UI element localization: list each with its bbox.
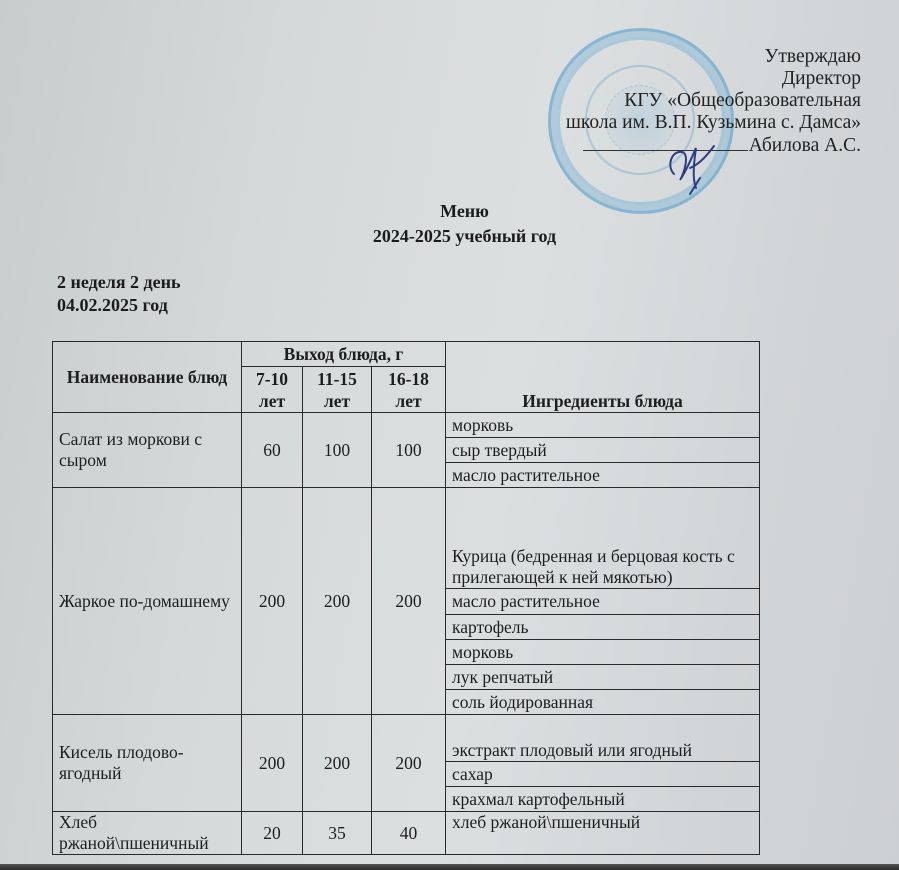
title-menu: Меню xyxy=(30,199,899,224)
signature-icon xyxy=(660,138,720,198)
week-day: 2 неделя 2 день xyxy=(57,271,181,294)
yield-11-15: 200 xyxy=(303,715,372,812)
header-ingredients: Ингредиенты блюда xyxy=(446,342,760,413)
ingredient: экстракт плодовый или ягодный xyxy=(446,715,760,762)
yield-11-15: 35 xyxy=(303,812,372,855)
yield-16-18: 100 xyxy=(372,413,446,488)
approval-organization: КГУ «Общеобразовательная xyxy=(566,90,861,112)
title-school-year: 2024-2025 учебный год xyxy=(30,224,899,249)
yield-7-10: 20 xyxy=(242,812,303,855)
table-row: Хлеб ржаной\пшеничный 20 35 40 хлеб ржан… xyxy=(53,812,760,855)
desk-edge xyxy=(0,864,899,870)
ingredient: сахар xyxy=(446,762,760,787)
table-row: Салат из моркови с сыром 60 100 100 морк… xyxy=(53,413,760,438)
signatory-name: Абилова А.С. xyxy=(749,135,861,156)
yield-16-18: 200 xyxy=(372,488,446,715)
menu-document: Утверждаю Директор КГУ «Общеобразователь… xyxy=(0,0,899,870)
ingredient: хлеб ржаной\пшеничный xyxy=(446,812,760,855)
approval-organization-cont: школа им. В.П. Кузьмина с. Дамса» xyxy=(566,112,861,134)
menu-table: Наименование блюд Выход блюда, г Ингреди… xyxy=(52,341,760,855)
ingredient: масло растительное xyxy=(446,589,760,615)
yield-7-10: 200 xyxy=(242,488,303,715)
dish-name: Салат из моркови с сыром xyxy=(53,413,242,488)
schedule-info: 2 неделя 2 день 04.02.2025 год xyxy=(57,271,181,317)
header-age-7-10: 7-10 лет xyxy=(242,367,303,413)
yield-11-15: 100 xyxy=(303,413,372,488)
ingredient: Курица (бедренная и берцовая кость с при… xyxy=(446,488,760,589)
ingredient: масло растительное xyxy=(446,463,760,488)
document-title: Меню 2024-2025 учебный год xyxy=(0,199,899,249)
yield-16-18: 40 xyxy=(372,812,446,855)
ingredient: морковь xyxy=(446,640,760,665)
dish-name: Кисель плодово-ягодный xyxy=(53,715,242,812)
ingredient: морковь xyxy=(446,413,760,438)
approval-position: Директор xyxy=(566,68,861,90)
table-row: Кисель плодово-ягодный 200 200 200 экстр… xyxy=(53,715,760,762)
header-dish-name: Наименование блюд xyxy=(53,342,242,413)
ingredient: картофель xyxy=(446,615,760,640)
ingredient: лук репчатый xyxy=(446,665,760,690)
header-yield: Выход блюда, г xyxy=(242,342,446,367)
approval-line: Утверждаю xyxy=(566,46,861,68)
header-age-16-18: 16-18 лет xyxy=(372,367,446,413)
yield-11-15: 200 xyxy=(303,488,372,715)
header-age-11-15: 11-15 лет xyxy=(303,367,372,413)
dish-name: Хлеб ржаной\пшеничный xyxy=(53,812,242,855)
yield-7-10: 60 xyxy=(242,413,303,488)
menu-date: 04.02.2025 год xyxy=(57,294,181,317)
ingredient: соль йодированная xyxy=(446,690,760,715)
table-header-row: Наименование блюд Выход блюда, г Ингреди… xyxy=(53,342,760,367)
dish-name: Жаркое по-домашнему xyxy=(53,488,242,715)
yield-16-18: 200 xyxy=(372,715,446,812)
ingredient: сыр твердый xyxy=(446,438,760,463)
table-row: Жаркое по-домашнему 200 200 200 Курица (… xyxy=(53,488,760,589)
ingredient: крахмал картофельный xyxy=(446,787,760,812)
yield-7-10: 200 xyxy=(242,715,303,812)
